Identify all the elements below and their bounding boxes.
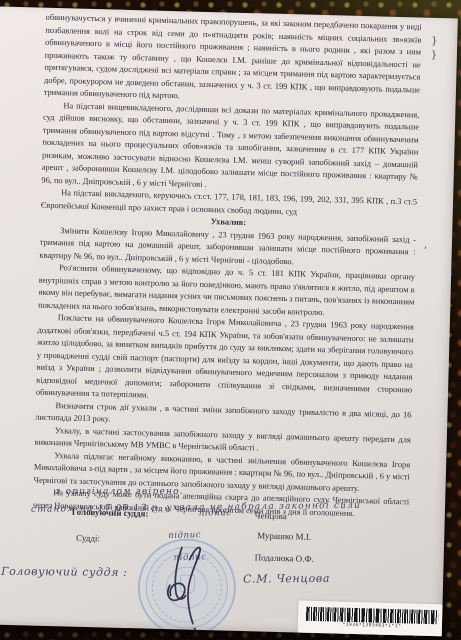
ink-signature-over-stamp (131, 530, 244, 636)
court-ruling-page: обвинувачується у вчиненні кримінальних … (0, 6, 458, 636)
paragraph-continuation: обвинувачується у вчиненні кримінальних … (44, 12, 422, 109)
margin-tick-mark: ’ (424, 246, 427, 257)
ruling-item-obligations: Покласти на обвинуваченого Кошелєва Ігор… (36, 312, 414, 409)
judge-name-podaliuka: Подалюка О.Ф. (255, 552, 314, 564)
presiding-judge-label: Головуючий суддя: (72, 507, 149, 519)
handwritten-presiding-signature: С.М. Ченцова (243, 572, 330, 586)
judge-name-murashko: Мурашко М.І. (257, 530, 311, 541)
ruling-text-body: обвинувачується у вчиненні кримінальних … (33, 12, 422, 522)
margin-brace-mark: } (431, 36, 438, 47)
presiding-judge-name: Ченцова (255, 510, 287, 521)
margin-brace-mark: } (431, 50, 438, 61)
barcode-sticker: *3936*1303403*1*1* (298, 601, 449, 637)
handwritten-certification-note: з оригіналом звірено. (55, 487, 183, 497)
judges-label: Судді: (76, 533, 100, 544)
paragraph-conclusion: На підставі вищевикладеного, дослідивши … (41, 99, 419, 196)
handwritten-presiding-judge-label: Головуючий суддя : (1, 565, 127, 579)
photo-background: обвинувачується у вчиненні кримінальних … (0, 0, 461, 640)
handwritten-signature-word: підпис (199, 508, 232, 518)
